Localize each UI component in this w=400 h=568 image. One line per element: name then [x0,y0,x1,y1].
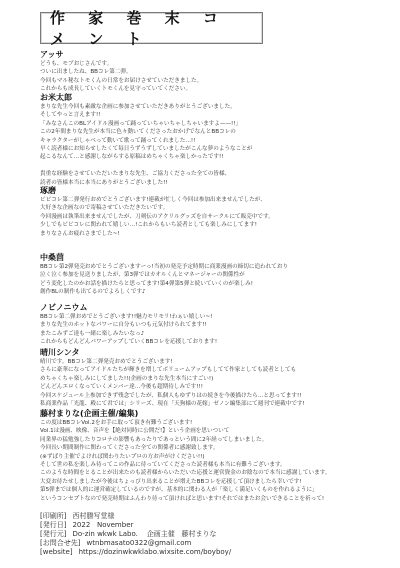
comment-line: ビビコレ第二弾発行おめでとうございます!連載が忙しく今回は参加出来ませんでしたが… [40,196,370,204]
comment-line: まりなさんお疲れさまでした~! [40,230,370,238]
comment-line: BBコレ第二弾おめでとうございます!!魅力モリモリ!わぁい嬉しい~! [40,313,370,321]
colophon-printer: [印刷所]西村謄写堂様 [40,512,370,521]
comment-line: どうも、モブおじさんです。 [40,60,370,68]
comment-line: 泣く泣く参加を見送りましたが、第3弾ではカオルくんとマネージャーの関係性が [40,271,370,279]
colophon-value: Do-zin wkwk Labo. 企画主催 藤村まりな [72,530,216,538]
colophon-label: [発行日] [40,521,66,530]
author-name: ノビノニウム [40,303,370,313]
comment-page: 作 家 巻 末 コ メ ン ト アッサ どうも、モブおじさんです。 ついに出まし… [40,0,370,568]
comment-section: 藤村まりな(企画主催/編集) この度はBBコレVol.2をお手に取って頂き有難う… [40,409,370,503]
comment-section: 晴川シンタ 晴川です。BBコレ第二弾発売おめでとうございます! さらに豪華になっ… [40,348,370,408]
comment-line: 今回スケジュール上参加できず残念でしたが、私個人もゆずりはの続きを今後描けたら…… [40,392,370,400]
comment-line: めちゃくちゃ楽しみにしてました!!(企画のまりな先生本当にすごい!) [40,375,370,383]
colophon-contact: [お問合せ先]wtnbmasato0322@gmail.com [40,539,370,548]
colophon-label: [印刷所] [40,512,66,521]
comment-line: 貴重な経験をさせていただいたまりな先生、ご協力くださった全ての皆様、 [40,170,370,178]
comment-line: どう変化したのかお話を描けたらと思ってます!第4弾第5弾と続いていくのが楽しみ! [40,280,370,288]
comment-line: 少しでもビビコレに関われて嬉しい…!これからもいち読者としても楽しみにしてます! [40,221,370,229]
comment-line: キャラクターがしゃべって動いて歌って踊ってくれました…!! [40,137,370,145]
comment-line: まりな先生のホットなパワーに自分もいつも元気付けられてます!! [40,321,370,329]
comment-section: お米太郎 まりな先生今回も素敵な企画に参加させていただきありがとうございました。… [40,93,370,187]
comment-line: 起こるなんて…と感謝しながらする原稿はめちゃくちゃ楽しかったです!! [40,153,370,161]
colophon-label: [website] [40,548,73,557]
comment-line: (※ずばり主催でよければ関わりたいプロの方お声がけください!!) [40,453,370,461]
contact-email: wtnbmasato0322@gmail.com [86,539,191,547]
author-name: 藤村まりな(企画主催/編集) [40,409,370,419]
comment-line: 今回長い期間制作に関わってくださった全ての関係者に感謝致します。 [40,444,370,452]
comment-line: このような時間をとることが出来たのも読者様からいただいた応援と運営資金のお陰なの… [40,469,370,477]
comment-line: 早く読者様にお知らせしたくて毎日うずうずしていましたがこんな夢のようなことが [40,145,370,153]
author-name: アッサ [40,50,370,60]
author-name: 琢磨 [40,186,370,196]
colophon-value: 西村謄写堂様 [72,512,114,520]
colophon-website: [website]https://dozinwkwklabo.wixsite.c… [40,548,370,557]
comment-section: 琢磨 ビビコレ第二弾発行おめでとうございます!連載が忙しく今回は参加出来ませんで… [40,186,370,238]
comment-section: ノビノニウム BBコレ第二弾おめでとうございます!!魅力モリモリ!わぁい嬉しい~… [40,303,370,347]
comment-line: まりな先生今回も素敵な企画に参加させていただきありがとうございました。 [40,103,370,111]
comment-line: BBコレ第2弾発売おめでとうございますーっ!当初の発売予定時期に商業漫画の締切に… [40,263,370,271]
author-name: お米太郎 [40,93,370,103]
comment-line: これからもどんどんパワーアップしていくBBコレを応援しております! [40,338,370,346]
comment-line: どんどんエロくなっていくメンバー達…今後も超期待しみです!!! [40,383,370,391]
comment-line: 「みなさんこのBLアイドル漫画って踊っていちゃいちゃしちゃいますよ——!!」 [40,120,370,128]
comment-line: 今回もマル秘なトモくんの日常をお届けさせていただきました。 [40,77,370,85]
colophon-value: 2022 November [72,521,133,529]
comment-line: 創作BLの制作も出てるのでよろしくです♪ [40,288,370,296]
comment-line: そしてやっと言えます!! [40,111,370,119]
website-url: https://dozinwkwklabo.wixsite.com/boyboy… [79,548,232,556]
author-name: 中桑茴 [40,253,370,263]
comment-line: 私商業作品「光龍、殿にて君では」シリーズ、現在「天狗様の花嫁」ゼノン編集部にて週… [40,400,370,408]
colophon: [印刷所]西村謄写堂様 [発行日]2022 November [発行元]Do-z… [40,512,370,557]
comment-line: ついに出ましたね、BBコレ第二弾。 [40,68,370,76]
comment-line: というコンセプトなので発売時期はふんわり待って頂ければと思います!それではまたお… [40,495,370,503]
comment-section: 中桑茴 BBコレ第2弾発売おめでとうございますーっ!当初の発売予定時期に商業漫画… [40,253,370,297]
comment-line: 大好きな企画なので寄稿させていただきたいです。 [40,204,370,212]
page-title: 作 家 巻 末 コ メ ン ト [41,7,262,49]
comment-section: アッサ どうも、モブおじさんです。 ついに出ましたね、BBコレ第二弾。 今回もマ… [40,50,370,94]
comment-line: この度はBBコレVol.2をお手に取って頂き有難うございます! [40,419,370,427]
spacer [40,162,370,170]
colophon-publisher: [発行元]Do-zin wkwk Labo. 企画主催 藤村まりな [40,530,370,539]
comment-line: 晴川です。BBコレ第二弾発売おめでとうございます! [40,358,370,366]
title-box: 作 家 巻 末 コ メ ン ト [40,12,263,44]
author-name: 晴川シンタ [40,348,370,358]
comment-line: そして世の私を楽しみ待ってこの作品に待っていてくださった読者様も本当に有難うござ… [40,461,370,469]
comment-line: 今回漫画は執筆出来ませんでしたが、刀剣伝のアクリルグッズを自サークルにて販売中で… [40,213,370,221]
comment-line: 大変お待たせしましたが今後はちょっぴり出来ることが増えたBBコレを応援して頂けま… [40,478,370,486]
colophon-date: [発行日]2022 November [40,521,370,530]
comment-line: この2年間まりな先生が本当に色々動いてくださったおかげでなんとBBコレの [40,128,370,136]
comment-line: Vol.1は漫画、映像、音声を【絶対同時に公開だ!】という企画を思いついて [40,427,370,435]
comment-line: さらに豪華になってアイドルたちが輝きを増してボリュームアップもしてて作家としても… [40,366,370,374]
comment-line: またこみずご達も一緒に楽しみたいなっ♪ [40,330,370,338]
comment-line: 第5弾までは個人的に運営確定しているのですが、基本的に関わる人が「楽しく満足いく… [40,486,370,494]
colophon-label: [お問合せ先] [40,539,80,548]
comment-line: 同業界の猛勉強したりコロナの影響もあったりであっという間に2年経ってしまいました… [40,436,370,444]
colophon-label: [発行元] [40,530,66,539]
